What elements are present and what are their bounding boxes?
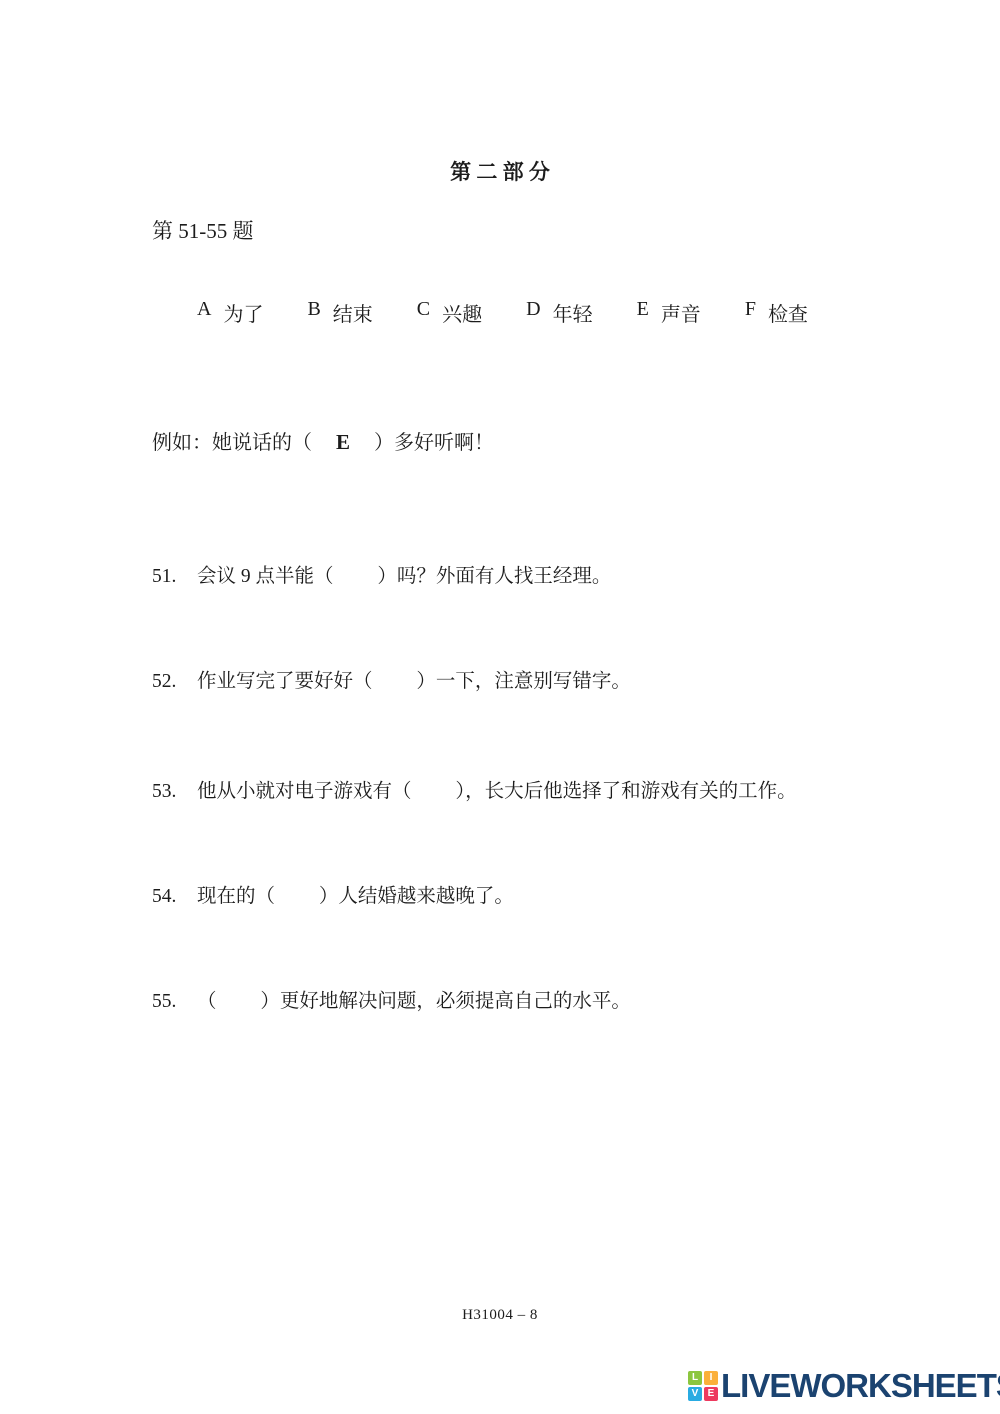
logo-square-e: E (704, 1387, 718, 1401)
question-text: （ ）更好地解决问题，必须提高自己的水平。 (197, 991, 631, 1012)
option-letter: A (197, 298, 211, 327)
option-letter: D (526, 298, 540, 327)
word-bank-option-e: E声音 (637, 298, 701, 327)
option-word: 年轻 (553, 298, 593, 327)
question-text: 会议 9 点半能（ ）吗？外面有人找王经理。 (197, 566, 611, 587)
option-letter: B (307, 298, 320, 327)
word-bank-option-b: B结束 (307, 298, 372, 327)
liveworksheets-wordmark: LIVEWORKSHEETS (721, 1369, 1000, 1402)
question-52: 52.作业写完了要好好（ ）一下，注意别写错字。 (152, 665, 631, 693)
question-range-label: 第 51-55 题 (152, 215, 254, 245)
question-text: 他从小就对电子游戏有（ ），长大后他选择了和游戏有关的工作。 (197, 781, 797, 802)
word-bank-option-d: D年轻 (526, 298, 592, 327)
question-number: 51. (152, 566, 197, 588)
logo-square-l: L (688, 1371, 702, 1385)
option-word: 兴趣 (442, 298, 482, 327)
question-53: 53.他从小就对电子游戏有（ ），长大后他选择了和游戏有关的工作。 (152, 775, 797, 803)
question-54: 54.现在的（ ）人结婚越来越晚了。 (152, 880, 514, 908)
logo-square-i: I (704, 1371, 718, 1385)
question-text: 作业写完了要好好（ ）一下，注意别写错字。 (197, 671, 631, 692)
worksheet-page: 第 二 部 分 第 51-55 题 A为了 B结束 C兴趣 D年轻 E声音 F检… (0, 0, 1000, 1414)
question-number: 52. (152, 671, 197, 693)
question-number: 54. (152, 886, 197, 908)
word-bank: A为了 B结束 C兴趣 D年轻 E声音 F检查 (197, 298, 808, 327)
example-answer: E (336, 430, 350, 455)
option-word: 为了 (223, 298, 263, 327)
question-text: 现在的（ ）人结婚越来越晚了。 (197, 886, 514, 907)
word-bank-option-a: A为了 (197, 298, 263, 327)
section-title: 第 二 部 分 (0, 156, 1000, 186)
page-code-footer: H31004 – 8 (0, 1307, 1000, 1324)
question-51: 51.会议 9 点半能（ ）吗？外面有人找王经理。 (152, 560, 611, 588)
option-word: 声音 (661, 298, 701, 327)
option-word: 结束 (333, 298, 373, 327)
option-letter: C (417, 298, 430, 327)
option-letter: F (745, 298, 756, 327)
liveworksheets-logo-grid-icon: L I V E (688, 1371, 718, 1401)
logo-square-v: V (688, 1387, 702, 1401)
question-number: 55. (152, 991, 197, 1013)
example-prefix: 例如：她说话的（ (152, 432, 312, 454)
option-word: 检查 (768, 298, 808, 327)
example-sentence: 例如：她说话的（E）多好听啊！ (152, 426, 494, 455)
question-number: 53. (152, 781, 197, 803)
word-bank-option-f: F检查 (745, 298, 808, 327)
liveworksheets-logo[interactable]: L I V E LIVEWORKSHEETS (688, 1369, 1000, 1402)
word-bank-option-c: C兴趣 (417, 298, 482, 327)
option-letter: E (637, 298, 649, 327)
question-55: 55.（ ）更好地解决问题，必须提高自己的水平。 (152, 985, 631, 1013)
example-suffix: ）多好听啊！ (374, 432, 494, 454)
